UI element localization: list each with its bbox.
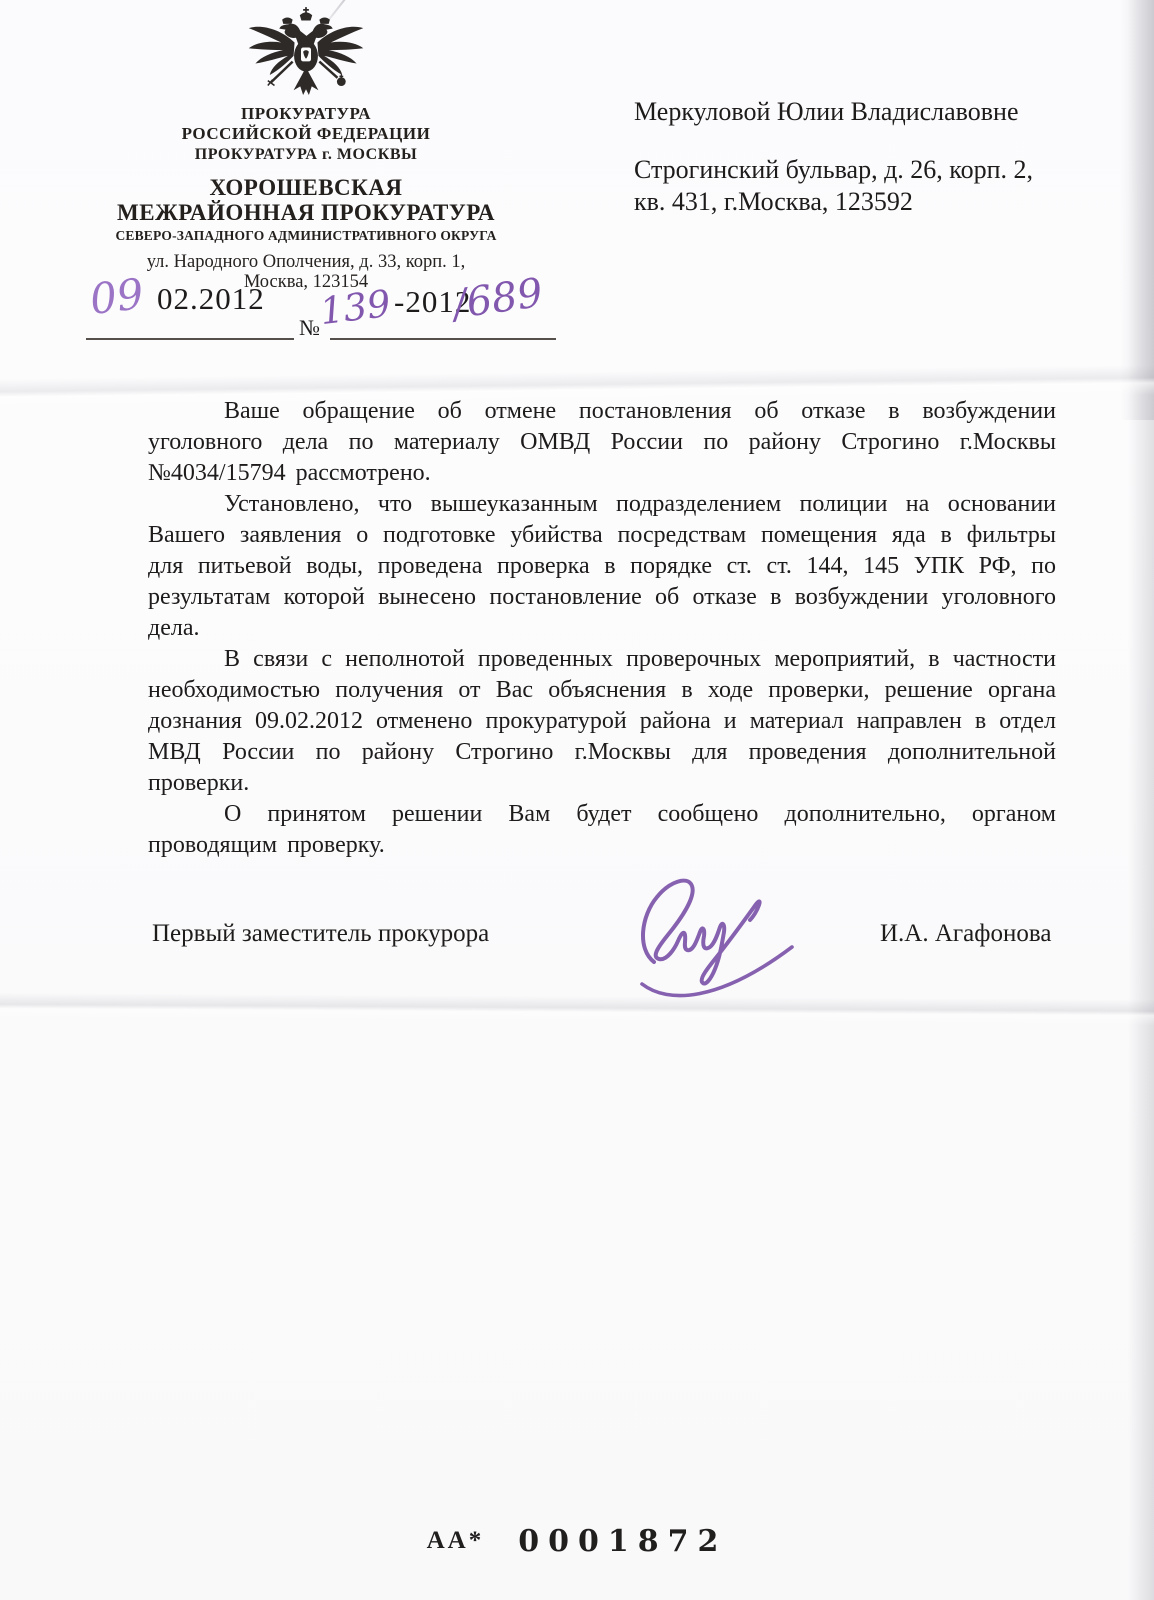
handwritten-outgoing-number: 139 <box>318 282 393 333</box>
number-underline <box>330 338 556 340</box>
form-number: 0001872 <box>518 1524 727 1559</box>
paragraph-3: В связи с неполнотой проведенных проверо… <box>148 644 1056 799</box>
form-series: АА* <box>427 1527 485 1555</box>
number-sign: № <box>299 315 320 341</box>
recipient-address-line-1: Строгинский бульвар, д. 26, корп. 2, <box>634 154 1074 186</box>
recipient-name: Меркуловой Юлии Владиславовне <box>634 96 1074 128</box>
printed-date: 02.2012 <box>157 281 265 317</box>
scanned-letter-page: ПРОКУРАТУРА РОССИЙСКОЙ ФЕДЕРАЦИИ ПРОКУРА… <box>0 0 1154 1600</box>
form-serial: АА*0001872 <box>0 1524 1154 1559</box>
recipient-address-line-2: кв. 431, г.Москва, 123592 <box>634 186 1074 218</box>
handwritten-date-day: 09 <box>87 269 146 324</box>
recipient-block: Меркуловой Юлии Владиславовне Строгински… <box>634 96 1074 218</box>
handwritten-signature <box>622 856 802 1011</box>
org-name-line-1: ХОРОШЕВСКАЯ <box>60 175 552 200</box>
paragraph-4: О принятом решении Вам будет сообщено до… <box>148 799 1056 861</box>
org-line-1: ПРОКУРАТУРА <box>60 104 552 124</box>
paper-fold-crease-lower <box>0 992 1154 1025</box>
org-line-3: ПРОКУРАТУРА г. МОСКВЫ <box>60 144 552 166</box>
org-district: СЕВЕРО-ЗАПАДНОГО АДМИНИСТРАТИВНОГО ОКРУГ… <box>60 228 552 244</box>
scan-edge-shadow <box>1128 0 1154 1600</box>
signer-title: Первый заместитель прокурора <box>152 920 489 948</box>
paragraph-1: Ваше обращение об отмене постановления о… <box>148 396 1056 489</box>
letter-body: Ваше обращение об отмене постановления о… <box>148 396 1056 861</box>
org-line-2: РОССИЙСКОЙ ФЕДЕРАЦИИ <box>60 124 552 144</box>
date-underline <box>86 338 294 340</box>
paragraph-2: Установлено, что вышеуказанным подраздел… <box>148 489 1056 644</box>
signer-name: И.А. Агафонова <box>880 920 1051 948</box>
scan-edge-shadow-top <box>1120 0 1154 420</box>
letterhead: ПРОКУРАТУРА РОССИЙСКОЙ ФЕДЕРАЦИИ ПРОКУРА… <box>60 6 552 292</box>
org-name-line-2: МЕЖРАЙОННАЯ ПРОКУРАТУРА <box>60 200 552 225</box>
russia-coat-of-arms-icon <box>243 6 369 100</box>
